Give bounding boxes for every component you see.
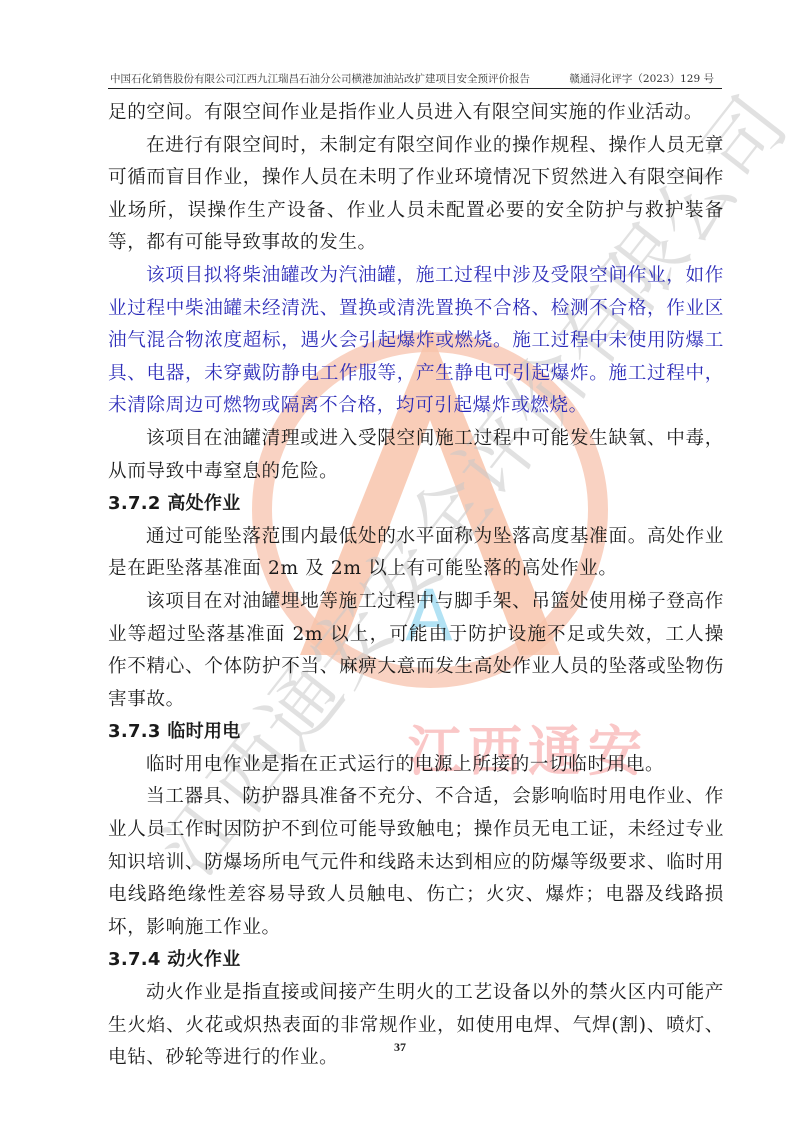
section-heading-3-7-2: 3.7.2 高处作业	[108, 488, 724, 521]
paragraph: 当工器具、防护器具准备不充分、不合适，会影响临时用电作业、作业人员工作时因防护不…	[108, 781, 724, 944]
report-number: 赣通浔化评字（2023）129 号	[569, 71, 714, 86]
paragraph: 临时用电作业是指在正式运行的电源上所接的一切临时用电。	[108, 749, 724, 782]
paragraph: 该项目在对油罐埋地等施工过程中与脚手架、吊篮处使用梯子登高作业等超过坠落基准面 …	[108, 586, 724, 716]
report-title: 中国石化销售股份有限公司江西九江瑞昌石油分公司横港加油站改扩建项目安全预评价报告	[110, 71, 530, 86]
paragraph: 足的空间。有限空间作业是指作业人员进入有限空间实施的作业活动。	[108, 97, 724, 130]
highlighted-paragraph: 该项目拟将柴油罐改为汽油罐，施工过程中涉及受限空间作业，如作业过程中柴油罐未经清…	[108, 260, 724, 423]
paragraph: 在进行有限空间时，未制定有限空间作业的操作规程、操作人员无章可循而盲目作业，操作…	[108, 130, 724, 260]
page-header: 中国石化销售股份有限公司江西九江瑞昌石油分公司横港加油站改扩建项目安全预评价报告…	[108, 68, 722, 89]
paragraph: 动火作业是指直接或间接产生明火的工艺设备以外的禁火区内可能产生火焰、火花或炽热表…	[108, 977, 724, 1075]
section-heading-3-7-3: 3.7.3 临时用电	[108, 716, 724, 749]
paragraph: 通过可能坠落范围内最低处的水平面称为坠落高度基准面。高处作业是在距坠落基准面 2…	[108, 521, 724, 586]
paragraph: 该项目在油罐清理或进入受限空间施工过程中可能发生缺氧、中毒，从而导致中毒窒息的危…	[108, 423, 724, 488]
section-heading-3-7-4: 3.7.4 动火作业	[108, 944, 724, 977]
document-body: 足的空间。有限空间作业是指作业人员进入有限空间实施的作业活动。 在进行有限空间时…	[108, 97, 724, 1075]
